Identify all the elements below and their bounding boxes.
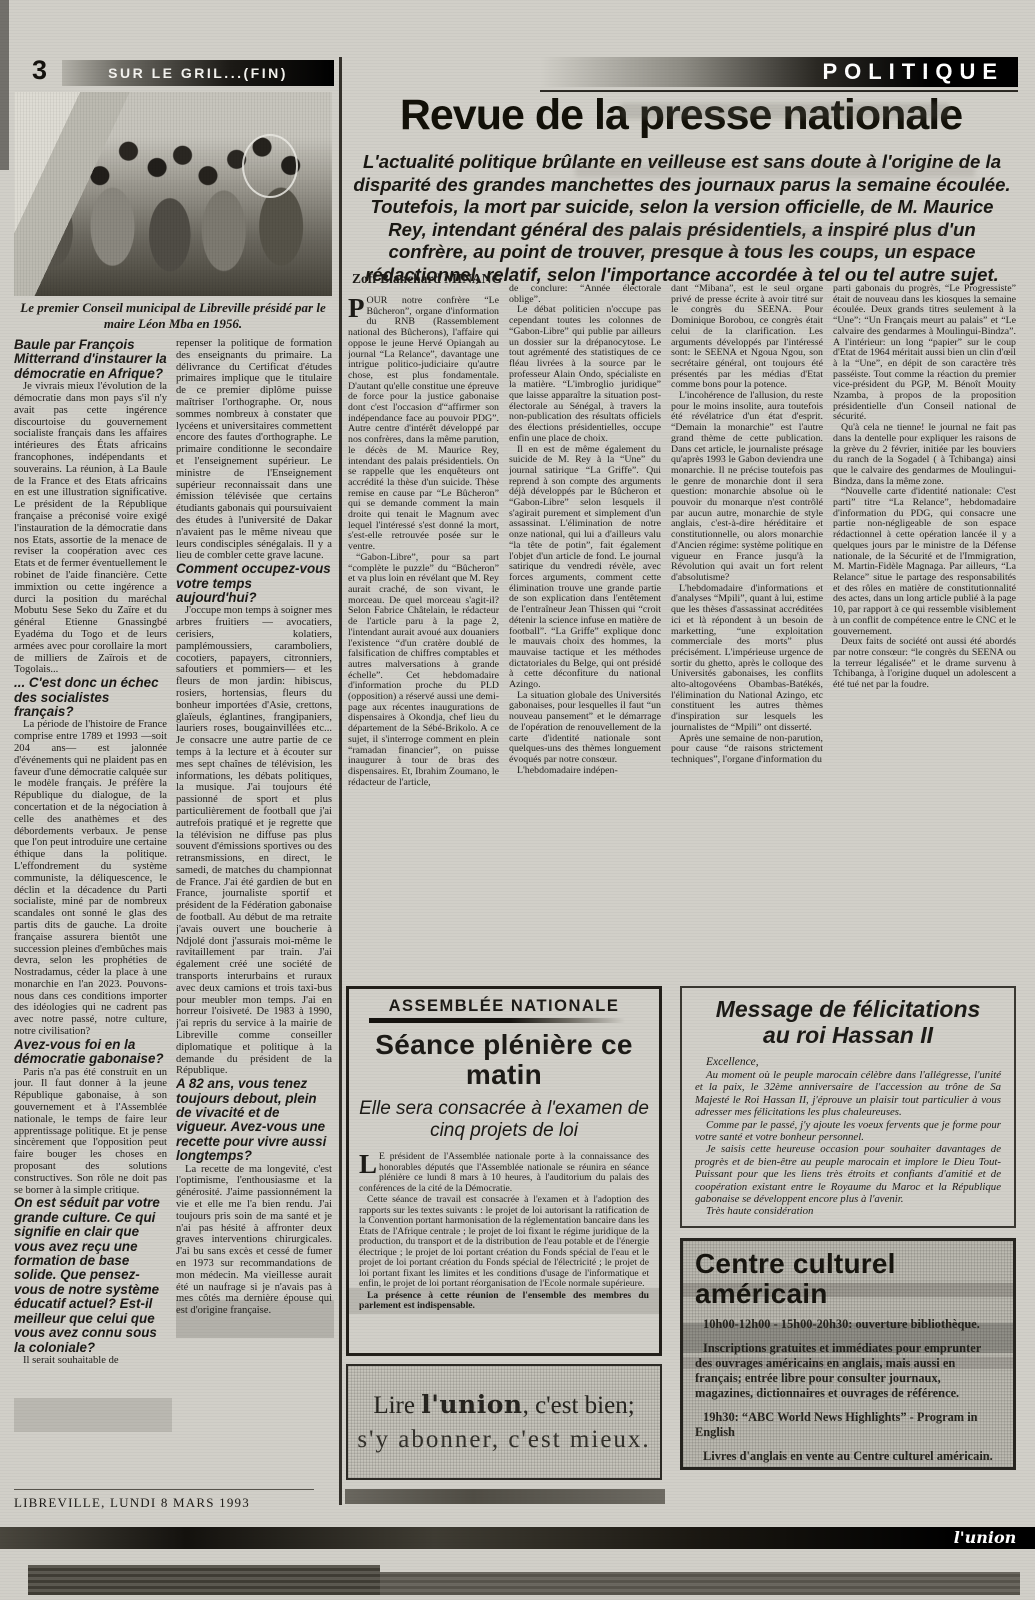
union-logo: l'union bbox=[950, 1527, 1020, 1549]
scan-artifact bbox=[345, 1489, 665, 1504]
message-salutation: Excellence, bbox=[695, 1056, 1001, 1069]
message-box: Message de félicitations au roi Hassan I… bbox=[680, 986, 1016, 1228]
interview-question: Comment occupez-vous votre temps aujourd… bbox=[176, 562, 332, 605]
photo-grain bbox=[14, 92, 332, 296]
interview-question: Avez-vous foi en la démocratie gabonaise… bbox=[14, 1038, 167, 1067]
review-paragraph: Qu'à cela ne tienne! le journal ne fait … bbox=[833, 423, 1016, 487]
culture-paragraph: 19h30: “ABC World News Highlights” - Pro… bbox=[695, 1410, 1001, 1440]
council-photo bbox=[14, 92, 332, 296]
subscribe-line-1: Lire l'union, c'est bien; bbox=[373, 1392, 634, 1418]
interview-question: A 82 ans, vous tenez toujours debout, pl… bbox=[176, 1077, 332, 1163]
message-signature: Pascaline Mferri Bongo bbox=[695, 1227, 1001, 1228]
interview-column-2: repenser la politique de formation des e… bbox=[176, 338, 332, 1416]
interview-answer: Je vivrais mieux l'évolution de la démoc… bbox=[14, 381, 167, 676]
section-banner-left: SUR LE GRIL...(FIN) bbox=[62, 60, 334, 86]
message-paragraph: Je saisis cette heureuse occasion pour s… bbox=[695, 1143, 1001, 1205]
review-paragraph: parti gabonais du progrès, “Le Progressi… bbox=[833, 284, 1016, 423]
photo-circle-annotation bbox=[242, 134, 298, 198]
assembly-kicker-rule bbox=[369, 1018, 625, 1023]
assembly-subhead: Elle sera consacrée à l'examen de cinq p… bbox=[359, 1098, 649, 1142]
subscribe-box: Lire l'union, c'est bien; s'y abonner, c… bbox=[346, 1364, 662, 1480]
assembly-paragraph: La présence à cette réunion de l'ensembl… bbox=[359, 1291, 649, 1312]
assembly-kicker: ASSEMBLÉE NATIONALE bbox=[359, 996, 649, 1016]
scan-artifact bbox=[28, 1565, 380, 1595]
review-paragraph: Après une semaine de non-parution, pour … bbox=[671, 734, 823, 766]
culture-paragraph: Inscriptions gratuites et immédiates pou… bbox=[695, 1341, 1001, 1401]
interview-answer: J'occupe mon temps à soigner mes arbres … bbox=[176, 605, 332, 1077]
main-headline: Revue de la presse nationale bbox=[346, 94, 1016, 138]
review-paragraph: “Nouvelle carte d'identité nationale: C'… bbox=[833, 487, 1016, 637]
assembly-body: LE président de l'Assemblée nationale po… bbox=[359, 1152, 649, 1312]
photo-caption: Le premier Conseil municipal de Librevil… bbox=[14, 300, 332, 332]
review-paragraph: La situation globale des Universités gab… bbox=[509, 691, 661, 766]
interview-answer: La recette de ma longevité, c'est l'opti… bbox=[176, 1164, 332, 1317]
review-column-1: POUR notre confrère “Le Bûcheron”, organ… bbox=[348, 296, 499, 962]
review-paragraph: Il en est de même également du suicide d… bbox=[509, 445, 661, 691]
interview-question: Baule par François Mitterrand d'instaure… bbox=[14, 338, 167, 381]
message-title: Message de félicitations au roi Hassan I… bbox=[713, 996, 983, 1048]
review-paragraph: L'hebdomadaire indépen- bbox=[509, 766, 661, 777]
union-wordmark: l'union bbox=[421, 1390, 522, 1419]
interview-question: On est séduit par votre grande culture. … bbox=[14, 1196, 167, 1354]
culture-box: Centre culturel américain 10h00-12h00 - … bbox=[680, 1238, 1016, 1470]
assembly-box: ASSEMBLÉE NATIONALE Séance plénière ce m… bbox=[346, 986, 662, 1356]
section-banner-right: POLITIQUE bbox=[540, 57, 1018, 87]
newspaper-page: 3 SUR LE GRIL...(FIN) POLITIQUE Le premi… bbox=[0, 0, 1035, 1600]
interview-answer: Paris n'a pas été construit en un jour. … bbox=[14, 1067, 167, 1197]
culture-body: 10h00-12h00 - 15h00-20h30: ouverture bib… bbox=[695, 1317, 1001, 1464]
page-number: 3 bbox=[32, 57, 47, 84]
subscribe-post: , c'est bien; bbox=[523, 1392, 635, 1419]
interview-answer: Il serait souhaitable de bbox=[14, 1355, 167, 1367]
column-divider-rule bbox=[339, 57, 342, 1505]
scan-artifact bbox=[0, 0, 9, 170]
folio-dateline: LIBREVILLE, LUNDI 8 MARS 1993 bbox=[14, 1489, 314, 1510]
message-body: Au moment où le peuple marocain célèbre … bbox=[695, 1069, 1001, 1218]
review-column-4: parti gabonais du progrès, “Le Progressi… bbox=[833, 284, 1016, 982]
assembly-headline: Séance plénière ce matin bbox=[359, 1030, 649, 1090]
review-paragraph: Deux faits de société ont aussi été abor… bbox=[833, 637, 1016, 691]
scan-artifact bbox=[380, 1572, 1020, 1595]
subscribe-pre: Lire bbox=[373, 1392, 421, 1419]
assembly-paragraph: LE président de l'Assemblée nationale po… bbox=[359, 1152, 649, 1194]
footer-bar bbox=[0, 1527, 1035, 1549]
culture-paragraph: Livres d'anglais en vente au Centre cult… bbox=[695, 1449, 1001, 1464]
review-paragraph: “Gabon-Libre”, pour sa part “complète le… bbox=[348, 553, 499, 788]
message-paragraph: Au moment où le peuple marocain célèbre … bbox=[695, 1069, 1001, 1119]
review-paragraph: POUR notre confrère “Le Bûcheron”, organ… bbox=[348, 296, 499, 553]
lede-paragraph: L'actualité politique brûlante en veille… bbox=[352, 151, 1012, 287]
review-paragraph: L'incohérence de l'allusion, du reste po… bbox=[671, 391, 823, 584]
review-paragraph: Le débat politicien n'occupe pas cependa… bbox=[509, 305, 661, 444]
review-paragraph: dant “Mibana”, est le seul organe privé … bbox=[671, 284, 823, 391]
review-paragraph: L'hebdomadaire d'informations et d'analy… bbox=[671, 584, 823, 734]
interview-answer: repenser la politique de formation des e… bbox=[176, 338, 332, 562]
culture-hours: 10h00-12h00 - 15h00-20h30: ouverture bib… bbox=[695, 1317, 1001, 1332]
culture-title: Centre culturel américain bbox=[695, 1249, 1001, 1309]
interview-question: ... C'est donc un échec des socialistes … bbox=[14, 676, 167, 719]
review-column-2: de conclure: “Année électorale oblige”. … bbox=[509, 284, 661, 974]
interview-column-1: Baule par François Mitterrand d'instaure… bbox=[14, 338, 167, 1484]
assembly-paragraph: Cette séance de travail est consacrée à … bbox=[359, 1195, 649, 1290]
subscribe-line-2: s'y abonner, c'est mieux. bbox=[357, 1427, 650, 1452]
review-column-3: dant “Mibana”, est le seul organe privé … bbox=[671, 284, 823, 974]
message-paragraph: Comme par le passé, j'y ajoute les voeux… bbox=[695, 1119, 1001, 1144]
message-paragraph: Très haute considération bbox=[695, 1205, 1001, 1217]
review-paragraph: de conclure: “Année électorale oblige”. bbox=[509, 284, 661, 305]
interview-answer: La période de l'histoire de France compr… bbox=[14, 719, 167, 1038]
